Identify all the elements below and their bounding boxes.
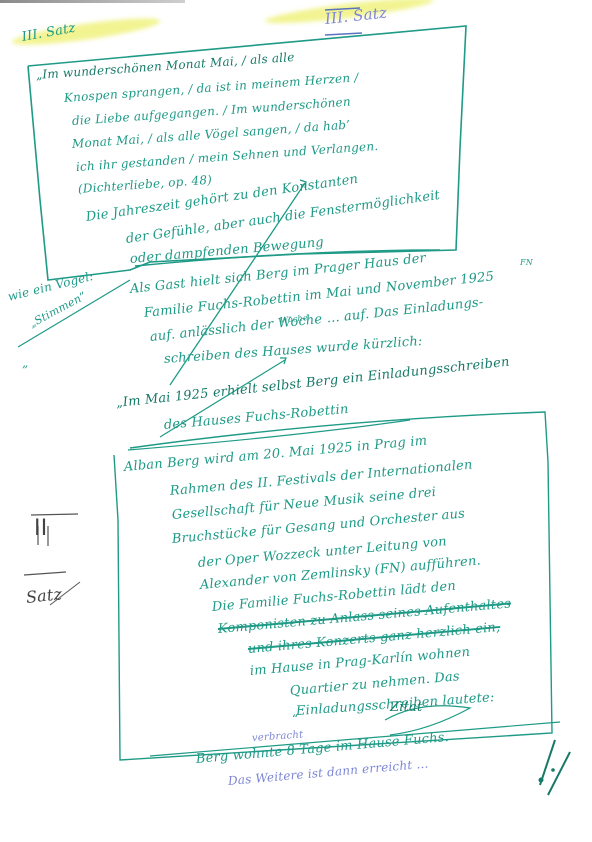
box2-closing-quote: “ [292,712,298,726]
footnote-marker: FN [520,258,533,267]
margin-label-satz: Satz [25,584,63,607]
box2-zitat: Zitat [390,700,422,715]
margin-quote-mark: „ [22,356,28,370]
margin-label-numeral: II [34,516,47,541]
